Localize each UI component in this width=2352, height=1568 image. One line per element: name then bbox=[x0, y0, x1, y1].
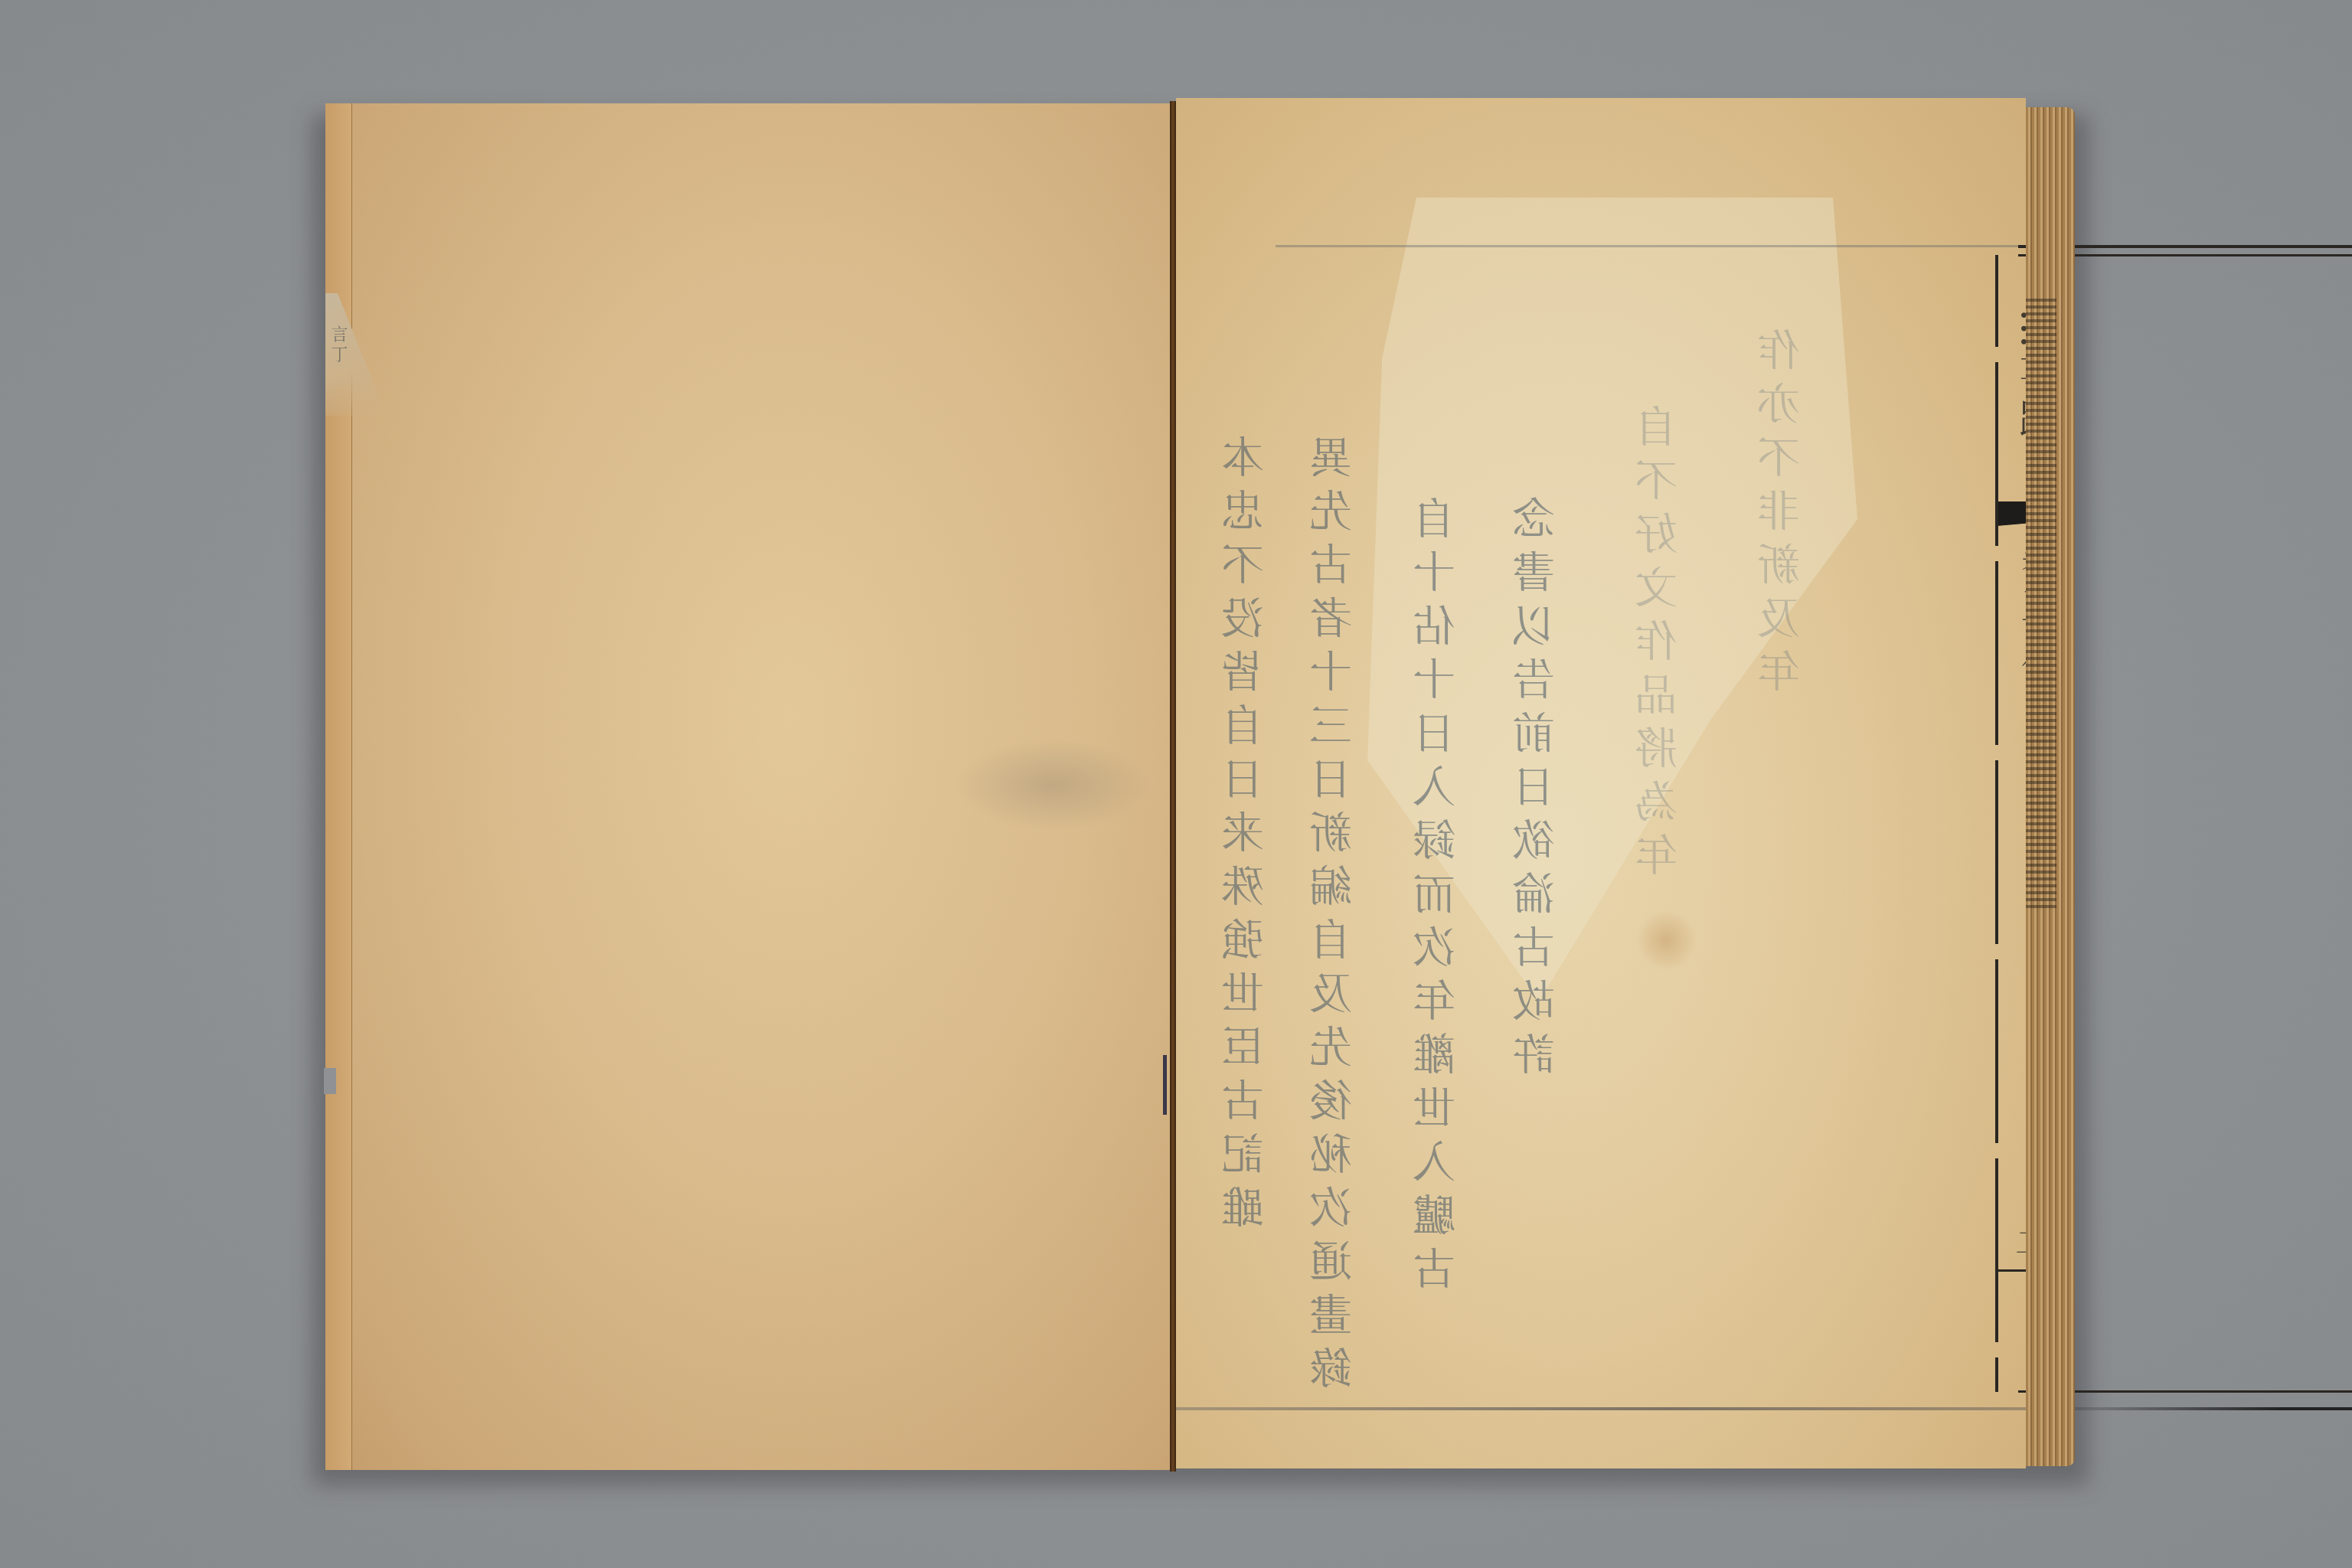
binding-thread-mark bbox=[1163, 1055, 1167, 1115]
frame-top-line-faint bbox=[1276, 245, 2018, 247]
bleed-through-column: 作亦不非新及年 bbox=[1758, 328, 1807, 703]
margin-glyphs: 言丁 bbox=[330, 325, 350, 365]
left-page: 言丁 bbox=[325, 103, 1176, 1470]
foxing-stain bbox=[1635, 910, 1697, 971]
ink-smudge bbox=[2026, 299, 2056, 911]
bleed-through-column: 異先古者十三日新編自及先後秘次通畫錄 bbox=[1310, 435, 1359, 1400]
bleed-through-column: 自不好文作品將為年 bbox=[1635, 404, 1684, 887]
page-stack-edge bbox=[2026, 107, 2075, 1466]
frame-bottom-line bbox=[1176, 1407, 2352, 1410]
book-spine bbox=[1170, 101, 1176, 1472]
bleed-through-column: 念書以告前日欲淪古故許 bbox=[1513, 496, 1562, 1086]
bleed-through-column: 本忠不没皆自日来殊強世臣古記雖 bbox=[1222, 435, 1271, 1239]
edge-notch bbox=[324, 1068, 336, 1094]
right-page: 本忠不没皆自日来殊強世臣古記雖 異先古者十三日新編自及先後秘次通畫錄 自十佔十日… bbox=[1176, 98, 2026, 1468]
bleed-through-column: 自十佔十日入録而次年離世入驢古 bbox=[1413, 496, 1462, 1300]
water-stain bbox=[953, 739, 1152, 831]
